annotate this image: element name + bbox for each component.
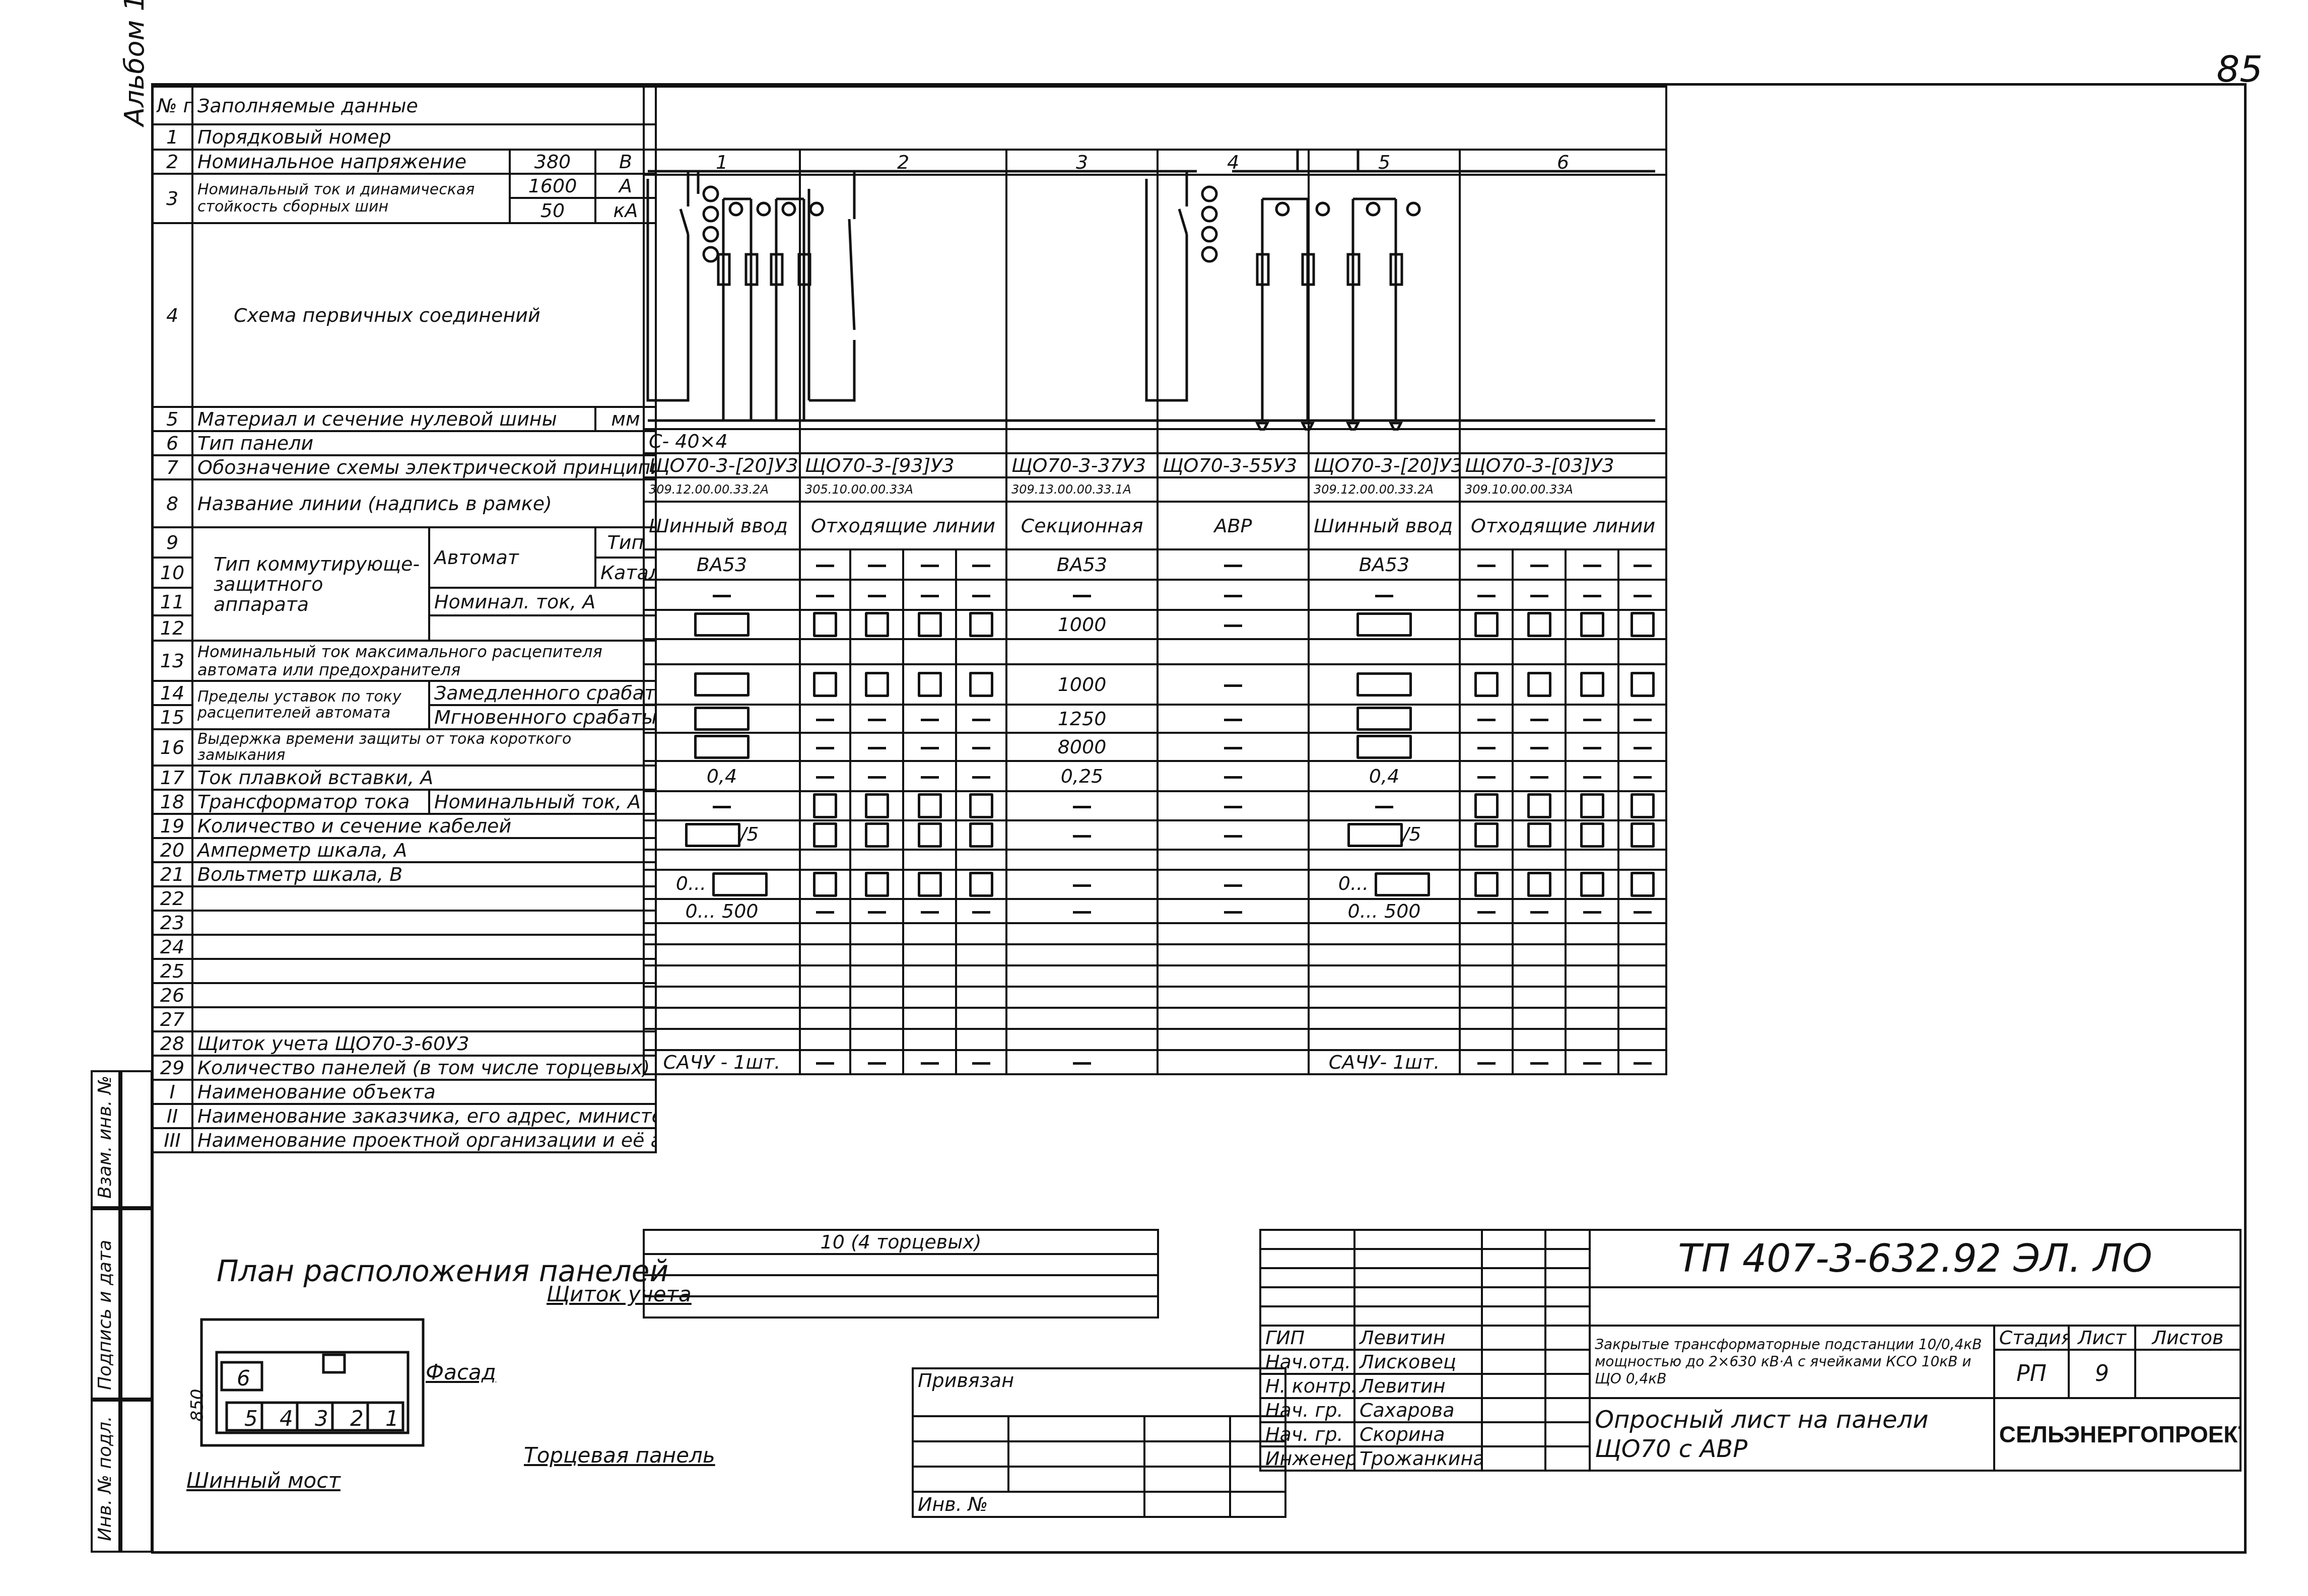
panel-cell [1618,639,1666,664]
blank-entry-box[interactable] [918,793,942,818]
row-label: Мгновенного срабатыв. [429,705,656,729]
rated-voltage-value: 380 [510,150,595,174]
blank-entry-box[interactable] [969,612,993,637]
dash-mark [868,565,886,567]
scheme-designation [1158,477,1309,502]
blank-entry-box[interactable] [685,823,740,847]
plan-panel-5: 5 [244,1406,258,1431]
questionnaire-table-labels: № п.п. Заполняемые данные 1 Порядковый н… [151,86,657,1153]
row-num: 12 [152,615,192,641]
line-name: Шинный ввод [1309,502,1460,549]
panel-cell [850,610,903,639]
row-num: 22 [152,886,192,911]
dash-mark [868,776,886,779]
panel-cell [1566,761,1618,791]
blank-entry-box[interactable] [1580,822,1604,848]
dash-mark [921,747,939,749]
row-num: 13 [152,641,192,681]
panel-cell [1460,1029,1513,1050]
panel-type: ЩО70-3-[03]У3 [1460,453,1666,477]
dash-mark [816,911,834,914]
panel-cell [1460,639,1513,664]
panel-cell [800,1008,850,1029]
dash-mark [921,1062,939,1065]
blank-entry-box[interactable] [918,672,942,697]
panel-cell: 0... 500 [644,899,800,923]
dash-mark [1583,911,1601,914]
panel-cell [956,1008,1006,1029]
blank-entry-box[interactable] [1631,872,1655,897]
scheme-designation: 309.12.00.00.33.2А [644,477,800,502]
panel-cell [644,705,800,733]
dash-mark [1583,1062,1601,1065]
panel-cell [903,549,956,580]
row-label: Количество и сечение кабелей [192,814,656,838]
panel-cell [1566,944,1618,965]
panel-cell [1309,580,1460,610]
dash-mark [1073,1062,1091,1065]
panel-cell [850,791,903,820]
panel-cell [903,639,956,664]
dash-mark [921,595,939,597]
panel-cell [956,733,1006,761]
blank-entry-box[interactable] [1527,672,1551,697]
panel-cell [1309,965,1460,987]
dash-mark [921,776,939,779]
panel-cell [850,1029,903,1050]
blank-entry-box[interactable] [969,793,993,818]
panel-cell [903,610,956,639]
line-name: Секционная [1006,502,1158,549]
panel-cell [1566,639,1618,664]
panel-cell [1460,820,1513,850]
blank-entry-box[interactable] [1527,612,1551,637]
meter-board-label: Щиток учета [547,1282,692,1306]
panel-cell [956,899,1006,923]
panel-cell [1618,850,1666,870]
blank-entry-box[interactable] [1356,707,1412,731]
blank-entry-box[interactable] [918,872,942,897]
panel-cell [1513,899,1566,923]
blank-entry-box[interactable] [1527,793,1551,818]
blank-entry-box[interactable] [813,822,837,848]
panel-cell [1309,987,1460,1008]
header-label: Заполняемые данные [192,87,656,124]
blank-entry-box[interactable] [969,822,993,848]
inv-label: Инв. № [913,1492,1144,1517]
row-num: 18 [152,790,192,814]
row-label: Замедленного срабатыв. [429,681,656,705]
panel-type: ЩО70-3-55У3 [1158,453,1309,477]
dash-mark [816,719,834,721]
panel-cell [903,791,956,820]
dash-mark [1073,884,1091,887]
panel-cell [1309,850,1460,870]
panel-cell [1618,610,1666,639]
row-label [192,1007,656,1031]
dash-mark [1583,565,1601,567]
panel-cell [644,1008,800,1029]
panel-cell [1618,1029,1666,1050]
panel-cell [956,791,1006,820]
scheme-designation: 309.13.00.00.33.1А [1006,477,1158,502]
scheme-designation: 305.10.00.00.33А [800,477,1006,502]
panel-cell [644,639,800,664]
row-num: 26 [152,983,192,1007]
organization-name: СЕЛЬЭНЕРГОПРОЕКТ [1994,1398,2241,1471]
signature-mark [1482,1446,1545,1471]
design-org-value[interactable] [644,1296,1158,1317]
panel-cell [1006,580,1158,610]
panel-cell: 1250 [1006,705,1158,733]
row-label [429,615,656,641]
blank-entry-box[interactable] [865,822,889,848]
panel-cell [1460,705,1513,733]
panel-cell [850,1050,903,1074]
row-label: Схема первичных соединений [192,223,656,407]
panel-cell [956,944,1006,965]
panel-cell [1566,791,1618,820]
dash-mark [972,776,990,779]
row-label: Количество панелей (в том числе торцевых… [192,1056,656,1080]
dash-mark [972,911,990,914]
end-panel-label: Торцевая панель [524,1443,715,1468]
dash-mark [1073,911,1091,914]
summary-values: 10 (4 торцевых) [643,1229,1159,1319]
panel-cell [1006,944,1158,965]
signature-role: ГИП [1260,1326,1354,1350]
panel-cell [850,705,903,733]
panel-cell [956,705,1006,733]
signature-role: Нач. гр. [1260,1422,1354,1446]
panel-cell [956,987,1006,1008]
panel-cell [850,965,903,987]
panel-cell [903,965,956,987]
panel-cell [1460,580,1513,610]
dash-mark [1477,747,1496,749]
panel-cell [850,549,903,580]
panel-cell [1566,705,1618,733]
plan-panel-1: 1 [385,1406,399,1431]
row-label [192,886,656,911]
panel-cell [1460,987,1513,1008]
panel-cell [1460,944,1513,965]
panel-cell: 0... 500 [1309,899,1460,923]
row-label: Тип панели [192,431,656,455]
blank-entry-box[interactable] [1474,793,1499,818]
blank-entry-box[interactable] [865,872,889,897]
panel-cell [1618,1008,1666,1029]
panel-cell [1309,733,1460,761]
dynamic-stability-value: 50 [510,198,595,223]
blank-entry-box[interactable] [1474,822,1499,848]
panel-cell [850,580,903,610]
panel-cell [644,1029,800,1050]
dash-mark [868,911,886,914]
blank-entry-box[interactable] [694,612,750,637]
panel-cell [903,1029,956,1050]
panel-cell: ВА53 [1006,549,1158,580]
panel-cell [1006,850,1158,870]
dash-mark [1530,565,1548,567]
row-label [192,935,656,959]
panel-cell [644,791,800,820]
panel-layout-plan [191,1309,453,1481]
row-label: Порядковый номер [192,124,656,150]
blank-entry-box[interactable] [813,793,837,818]
blank-entry-box[interactable] [694,707,750,731]
panel-cell [1158,850,1309,870]
blank-entry-box[interactable] [813,872,837,897]
dash-mark [921,911,939,914]
blank-entry-box[interactable] [1474,672,1499,697]
panel-cell [1566,1008,1618,1029]
panel-cell [956,820,1006,850]
signature-name: Лисковец [1354,1350,1482,1374]
row-sublabel: Номинальный ток, А [429,790,656,814]
panel-cell [903,923,956,944]
row-label: Щиток учета ЩО70-3-60У3 [192,1031,656,1056]
panel-cell [1618,664,1666,705]
panel-cell [1309,1029,1460,1050]
original-inv-label: Инв. № подл. [95,1416,115,1541]
blank-entry-box[interactable] [1356,612,1412,637]
sheets-label: Листов [2135,1326,2241,1350]
blank-entry-box[interactable] [813,612,837,637]
panel-cell [1460,965,1513,987]
panel-cell [850,870,903,899]
binding-block: Привязан Инв. № [912,1367,1286,1518]
panel-cell [1460,870,1513,899]
blank-entry-box[interactable] [1631,612,1655,637]
header-blank [644,87,1666,150]
row-label: Вольтметр шкала, В [192,862,656,886]
panel-cell [1513,1008,1566,1029]
dash-mark [1634,595,1652,597]
dash-mark [868,595,886,597]
row-num: 16 [152,729,192,766]
row-num: 25 [152,959,192,983]
panel-cell [1513,987,1566,1008]
signature-mark [1482,1374,1545,1398]
blank-entry-box[interactable] [1527,872,1551,897]
panel-cell [1460,610,1513,639]
row-num: 2 [152,150,192,174]
blank-entry-box[interactable] [1474,612,1499,637]
panel-cell [800,870,850,899]
dash-mark [1634,747,1652,749]
panel-cell [644,733,800,761]
panel-cell [850,923,903,944]
row-label [192,983,656,1007]
object-name-value[interactable] [644,1254,1158,1275]
panel-cell [1566,850,1618,870]
panel-cell [1460,899,1513,923]
signature-name: Трожанкина [1354,1446,1482,1471]
panel-cell [1460,1050,1513,1074]
dash-mark [1477,911,1496,914]
panel-cell [1158,944,1309,965]
panel-cell [1460,549,1513,580]
dash-mark [1224,911,1242,914]
panel-cell [1513,733,1566,761]
panel-cell [1513,944,1566,965]
signature-mark [1482,1422,1545,1446]
panel-cell [956,850,1006,870]
panel-cell [800,639,850,664]
row-label [192,911,656,935]
panel-cell [1158,791,1309,820]
side-stamp: Взам. инв. № Подпись и дата Инв. № подл. [91,1070,151,1549]
dash-mark [713,806,731,808]
blank-entry-box[interactable] [1356,672,1412,697]
panel-cell [1618,1050,1666,1074]
panel-cell [1513,1050,1566,1074]
panel-cell [1158,1008,1309,1029]
panel-cell [1513,820,1566,850]
panel-cell [1513,965,1566,987]
dash-mark [1375,806,1393,808]
blank-entry-box[interactable] [969,872,993,897]
panel-cell [956,664,1006,705]
panel-cell [850,850,903,870]
blank-entry-box[interactable] [1580,612,1604,637]
panel-cell [1309,664,1460,705]
signature-name: Сахарова [1354,1398,1482,1422]
panel-cell [1460,850,1513,870]
panel-cell [1618,923,1666,944]
row-num: 14 [152,681,192,705]
panel-cell [956,639,1006,664]
panel-cell [956,870,1006,899]
dash-mark [868,747,886,749]
row-label: Номинальный ток и динамическая стойкость… [192,174,510,223]
dash-mark [1224,747,1242,749]
panel-cell [903,705,956,733]
panel-cell [1309,705,1460,733]
panel-cell: 0,25 [1006,761,1158,791]
dash-mark [816,776,834,779]
panel-type: ЩО70-3-37У3 [1006,453,1158,477]
blank-entry-box[interactable] [813,672,837,697]
dash-mark [1530,747,1548,749]
row-num: 17 [152,766,192,790]
line-name: Отходящие линии [1460,502,1666,549]
dash-mark [1224,719,1242,721]
panel-cell [956,1029,1006,1050]
blank-entry-box[interactable] [1631,822,1655,848]
dash-mark [1530,776,1548,779]
panel-cell [1566,610,1618,639]
blank-entry-box[interactable] [1527,822,1551,848]
row-num: 20 [152,838,192,862]
blank-entry-box[interactable] [918,612,942,637]
panel-cell [850,1008,903,1029]
blank-entry-box[interactable] [969,672,993,697]
dash-mark [713,595,731,597]
dash-mark [1073,835,1091,838]
blank-entry-box[interactable] [712,872,768,896]
blank-entry-box[interactable] [1356,735,1412,759]
panel-cell [1566,664,1618,705]
sheet-value: 9 [2069,1350,2135,1398]
blank-entry-box[interactable] [1631,672,1655,697]
blank-entry-box[interactable] [865,793,889,818]
stage-label: Стадия [1994,1326,2069,1350]
dash-mark [972,1062,990,1065]
replaced-inv-label: Взам. инв. № [95,1076,115,1199]
blank-entry-box[interactable] [918,822,942,848]
bus-current-value: 1600 [510,174,595,198]
panel-cell [800,987,850,1008]
group-label: Пределы уставок по току расцепителей авт… [192,681,429,729]
header-num: № п.п. [152,87,192,124]
dash-mark [1477,595,1496,597]
blank-entry-box[interactable] [1580,872,1604,897]
panel-cell [1513,664,1566,705]
panel-cell [1618,944,1666,965]
panel-cell [1513,1029,1566,1050]
blank-entry-box[interactable] [694,672,750,697]
panel-cell [1158,610,1309,639]
panel-cell [1158,987,1309,1008]
panel-cell [1513,705,1566,733]
panel-cell [1513,850,1566,870]
panel-cell [1618,987,1666,1008]
blank-entry-box[interactable] [1580,793,1604,818]
panel-cell [1158,965,1309,987]
dash-mark [1530,719,1548,721]
panel-cell [1309,639,1460,664]
blank-entry-box[interactable] [694,735,750,759]
panel-cell [1006,820,1158,850]
row-num: 24 [152,935,192,959]
row-label: Название линии (надпись в рамке) [192,479,656,527]
signature-role: Нач. гр. [1260,1398,1354,1422]
bound-label: Привязан [913,1368,1285,1416]
blank-entry-box[interactable] [1631,793,1655,818]
panel-cell [1158,549,1309,580]
panel-cell [1618,761,1666,791]
panel-cell [1006,791,1158,820]
panel-cell: 1000 [1006,664,1158,705]
panel-cell [1513,791,1566,820]
blank-entry-box[interactable] [1347,823,1403,847]
row-num: 7 [152,455,192,479]
signature-role: Нач.отд. [1260,1350,1354,1374]
blank-entry-box[interactable] [865,672,889,697]
panel-cell [1513,639,1566,664]
panel-cell [800,944,850,965]
customer-value[interactable] [644,1275,1158,1296]
panel-cell [1566,1029,1618,1050]
row-label: Обозначение схемы электрической принципи… [192,455,656,479]
panel-cell [1006,870,1158,899]
panel-cell [1566,820,1618,850]
blank-entry-box[interactable] [865,612,889,637]
blank-entry-box[interactable] [1580,672,1604,697]
blank-entry-box[interactable] [1375,872,1430,896]
panel-cell [1513,610,1566,639]
panel-cell: ВА53 [1309,549,1460,580]
dash-mark [1224,835,1242,838]
group-sublabel: Автомат [429,527,595,588]
dash-mark [868,719,886,721]
blank-entry-box[interactable] [1474,872,1499,897]
dash-mark [1375,595,1393,597]
panel-cell [1006,923,1158,944]
panel-cell: 0,4 [644,761,800,791]
